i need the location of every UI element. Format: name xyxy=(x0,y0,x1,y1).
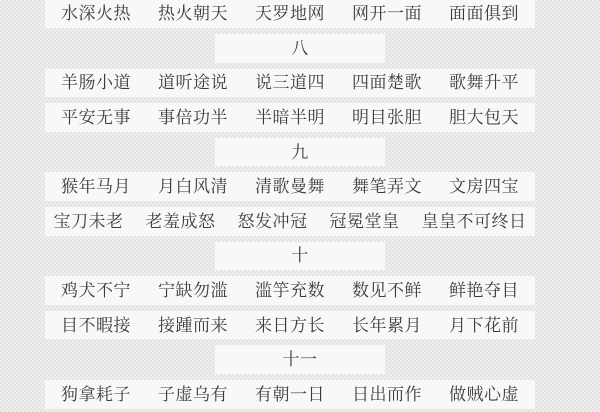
idiom: 数见不鲜 xyxy=(352,282,422,299)
idiom-row-band: 羊肠小道道听途说说三道四四面楚歌歌舞升平 xyxy=(45,69,535,98)
idiom: 说三道四 xyxy=(255,74,325,91)
section-number: 九 xyxy=(291,144,309,161)
idiom-row-band: 鸡犬不宁宁缺勿滥滥竽充数数见不鲜鲜艳夺目 xyxy=(45,276,535,305)
idiom: 皇皇不可终日 xyxy=(422,213,527,230)
idiom-row: 平安无事事倍功半半暗半明明目张胆胆大包天 xyxy=(0,100,600,135)
idiom: 宁缺勿滥 xyxy=(158,282,228,299)
idiom: 水深火热 xyxy=(61,5,131,22)
scanned-page: 水深火热热火朝天天罗地网网开一面面面俱到 八 羊肠小道道听途说说三道四四面楚歌歌… xyxy=(0,0,600,400)
idiom: 日出而作 xyxy=(352,386,422,400)
idiom: 来日方长 xyxy=(255,317,325,334)
idiom: 怒发冲冠 xyxy=(238,213,308,230)
idiom-row: 鸡犬不宁宁缺勿滥滥竽充数数见不鲜鲜艳夺目 xyxy=(0,273,600,308)
idiom-row: 狗拿耗子子虚乌有有朝一日日出而作做贼心虚 xyxy=(0,377,600,400)
idiom-row-band: 目不暇接接踵而来来日方长长年累月月下花前 xyxy=(45,311,535,340)
idiom: 热火朝天 xyxy=(158,5,228,22)
idiom: 接踵而来 xyxy=(158,317,228,334)
idiom: 道听途说 xyxy=(158,74,228,91)
idiom: 天罗地网 xyxy=(255,5,325,22)
idiom-row-band: 猴年马月月白风清清歌曼舞舞笔弄文文房四宝 xyxy=(45,172,535,201)
idiom: 四面楚歌 xyxy=(352,74,422,91)
idiom-row-band: 水深火热热火朝天天罗地网网开一面面面俱到 xyxy=(45,0,535,28)
idiom: 猴年马月 xyxy=(61,178,131,195)
section-header-band: 十一 xyxy=(215,345,385,374)
idiom-row: 水深火热热火朝天天罗地网网开一面面面俱到 xyxy=(0,0,600,31)
idiom: 鸡犬不宁 xyxy=(61,282,131,299)
idiom: 鲜艳夺目 xyxy=(449,282,519,299)
idiom: 半暗半明 xyxy=(255,109,325,126)
section-number: 十一 xyxy=(283,351,318,368)
idiom-row-band: 狗拿耗子子虚乌有有朝一日日出而作做贼心虚 xyxy=(45,380,535,400)
idiom-row: 猴年马月月白风清清歌曼舞舞笔弄文文房四宝 xyxy=(0,169,600,204)
idiom-row: 宝刀未老老羞成怒怒发冲冠冠冕堂皇皇皇不可终日 xyxy=(0,204,600,239)
idiom: 平安无事 xyxy=(61,109,131,126)
idiom: 做贼心虚 xyxy=(449,386,519,400)
idiom: 狗拿耗子 xyxy=(61,386,131,400)
idiom-row-band: 宝刀未老老羞成怒怒发冲冠冠冕堂皇皇皇不可终日 xyxy=(45,207,535,236)
idiom-row: 羊肠小道道听途说说三道四四面楚歌歌舞升平 xyxy=(0,66,600,101)
section-header-band: 九 xyxy=(215,138,385,167)
section-header-row: 九 xyxy=(0,135,600,170)
idiom: 清歌曼舞 xyxy=(255,178,325,195)
idiom: 目不暇接 xyxy=(61,317,131,334)
idiom-row-band: 平安无事事倍功半半暗半明明目张胆胆大包天 xyxy=(45,103,535,132)
section-header-band: 十 xyxy=(215,242,385,271)
idiom: 老羞成怒 xyxy=(146,213,216,230)
idiom: 歌舞升平 xyxy=(449,74,519,91)
idiom: 舞笔弄文 xyxy=(352,178,422,195)
idiom: 文房四宝 xyxy=(449,178,519,195)
idiom-row: 目不暇接接踵而来来日方长长年累月月下花前 xyxy=(0,308,600,343)
idiom: 宝刀未老 xyxy=(54,213,124,230)
idiom: 月下花前 xyxy=(449,317,519,334)
idiom: 月白风清 xyxy=(158,178,228,195)
idiom: 子虚乌有 xyxy=(158,386,228,400)
section-header-row: 十一 xyxy=(0,342,600,377)
section-header-band: 八 xyxy=(215,34,385,63)
idiom: 滥竽充数 xyxy=(255,282,325,299)
idiom: 长年累月 xyxy=(352,317,422,334)
idiom: 羊肠小道 xyxy=(61,74,131,91)
idiom: 面面俱到 xyxy=(449,5,519,22)
section-header-row: 十 xyxy=(0,239,600,274)
section-number: 八 xyxy=(291,40,309,57)
idiom: 明目张胆 xyxy=(352,109,422,126)
idiom: 胆大包天 xyxy=(449,109,519,126)
idiom: 冠冕堂皇 xyxy=(330,213,400,230)
idiom: 网开一面 xyxy=(352,5,422,22)
section-number: 十 xyxy=(291,247,309,264)
idiom: 有朝一日 xyxy=(255,386,325,400)
section-header-row: 八 xyxy=(0,31,600,66)
idiom: 事倍功半 xyxy=(158,109,228,126)
